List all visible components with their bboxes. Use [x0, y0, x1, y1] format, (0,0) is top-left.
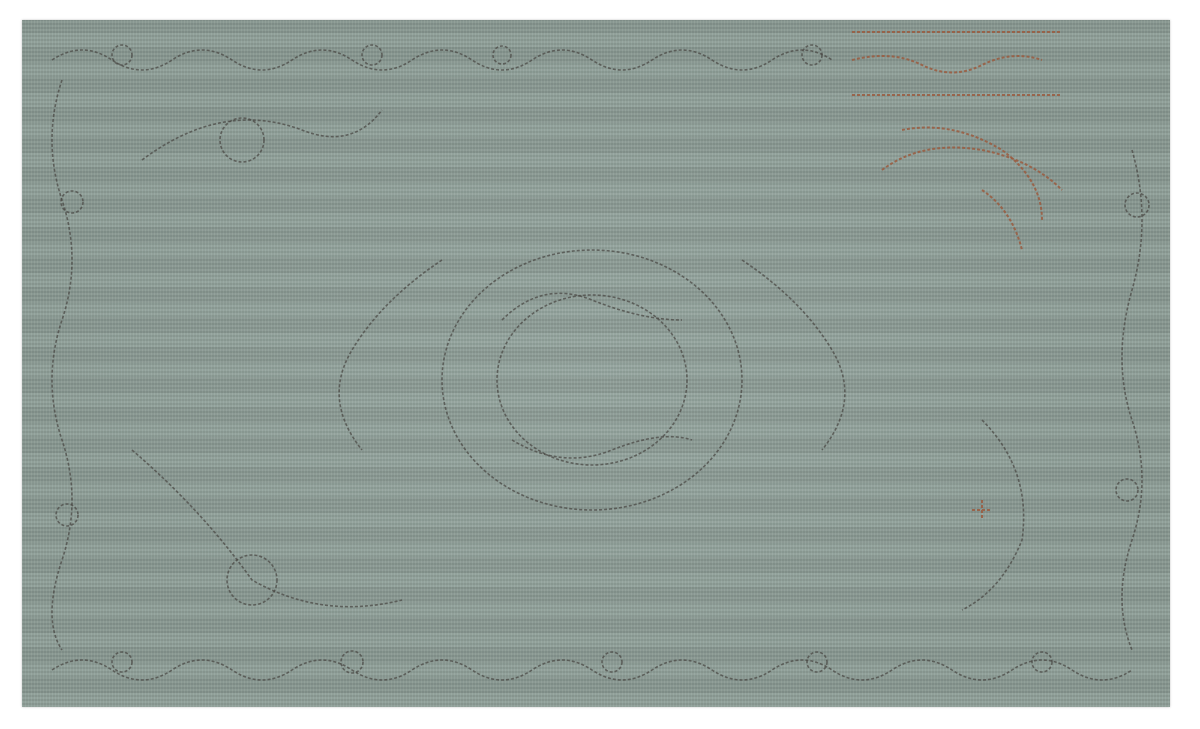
- central-medallion: [442, 250, 742, 510]
- top-border-vine: [52, 50, 832, 70]
- corner-arc-br: [962, 420, 1024, 610]
- left-border-vine: [52, 80, 72, 650]
- bottom-border-vine: [52, 660, 1132, 680]
- corner-arc-bl: [132, 450, 402, 607]
- corner-arc-tl: [142, 110, 382, 160]
- rosettes: [56, 45, 1149, 673]
- right-border-vine: [1122, 150, 1142, 650]
- rust-corner-fragment: [852, 32, 1062, 520]
- rug: [22, 20, 1170, 707]
- rug-pattern: [22, 20, 1170, 707]
